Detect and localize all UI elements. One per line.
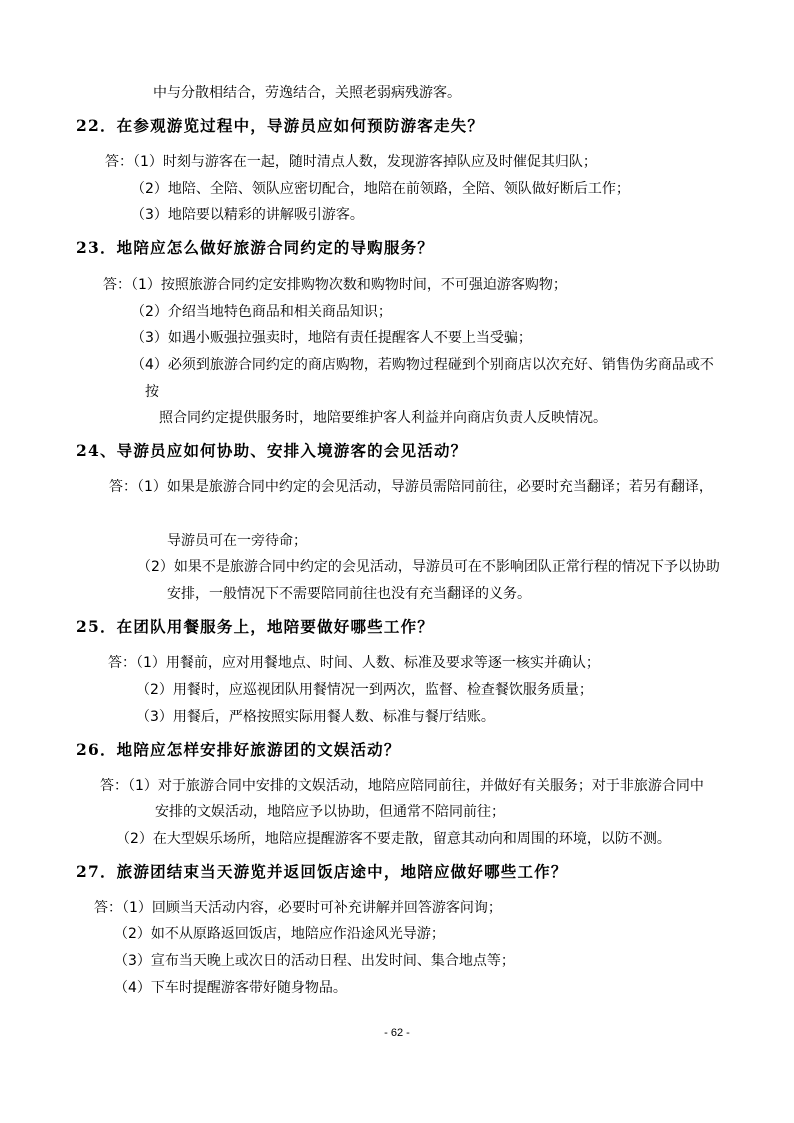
answer-25-line-2: （2）用餐时，应巡视团队用餐情况一到两次，监督、检查餐饮服务质量； xyxy=(136,681,593,699)
answer-22-line-2: （2）地陪、全陪、领队应密切配合，地陪在前领路，全陪、领队做好断后工作； xyxy=(131,180,630,198)
question-22-heading: 22．在参观游览过程中，导游员应如何预防游客走失？ xyxy=(76,116,484,136)
answer-24-line-1: 答：（1）如果是旅游合同中约定的会见活动，导游员需陪同前往，必要时充当翻译；若另… xyxy=(109,478,713,496)
answer-26-line-3: （2）在大型娱乐场所，地陪应提醒游客不要走散，留意其动向和周围的环境，以防不测。 xyxy=(116,830,671,848)
answer-25-line-3: （3）用餐后，严格按照实际用餐人数、标准与餐厅结账。 xyxy=(136,708,495,726)
answer-23-line-4: （4）必须到旅游合同约定的商店购物，若购物过程碰到个别商店以次充好、销售伪劣商品… xyxy=(131,356,714,374)
answer-26-line-1: 答：（1）对于旅游合同中安排的文娱活动，地陪应陪同前往，并做好有关服务；对于非旅… xyxy=(100,777,704,795)
question-23-heading: 23．地陪应怎么做好旅游合同约定的导购服务？ xyxy=(76,238,434,258)
continuation-text: 中与分散相结合，劳逸结合，关照老弱病残游客。 xyxy=(153,84,461,102)
answer-23-line-3: （3）如遇小贩强拉强卖时，地陪有责任提醒客人不要上当受骗； xyxy=(131,329,532,347)
question-26-heading: 26．地陪应怎样安排好旅游团的文娱活动？ xyxy=(76,740,401,760)
answer-23-line-1: 答：（1）按照旅游合同约定安排购物次数和购物时间，不可强迫游客购物； xyxy=(103,276,567,294)
answer-24-line-2: 导游员可在一旁待命； xyxy=(167,532,307,550)
answer-27-line-1: 答：（1）回顾当天活动内容，必要时可补充讲解并回答游客问询； xyxy=(94,899,502,917)
answer-22-line-3: （3）地陪要以精彩的讲解吸引游客。 xyxy=(131,206,364,224)
answer-23-line-5: 按 xyxy=(145,383,159,401)
answer-23-line-2: （2）介绍当地特色商品和相关商品知识； xyxy=(131,303,392,321)
question-24-heading: 24、导游员应如何协助、安排入境游客的会见活动？ xyxy=(76,441,467,461)
answer-27-line-2: （2）如不从原路返回饭店，地陪应作沿途风光导游； xyxy=(114,925,445,943)
question-25-heading: 25．在团队用餐服务上，地陪要做好哪些工作？ xyxy=(76,617,434,637)
answer-24-line-3: （2）如果不是旅游合同中约定的会见活动，导游员可在不影响团队正常行程的情况下予以… xyxy=(137,558,720,576)
answer-22-line-1: 答：（1）时刻与游客在一起，随时清点人数，发现游客掉队应及时催促其归队； xyxy=(105,153,597,171)
answer-27-line-4: （4）下车时提醒游客带好随身物品。 xyxy=(114,979,347,997)
answer-25-line-1: 答：（1）用餐前，应对用餐地点、时间、人数、标准及要求等逐一核实并确认； xyxy=(108,654,600,672)
answer-27-line-3: （3）宣布当天晚上或次日的活动日程、出发时间、集合地点等； xyxy=(114,952,515,970)
page-number: - 62 - xyxy=(0,1026,794,1040)
answer-23-line-6: 照合同约定提供服务时，地陪要维护客人利益并向商店负责人反映情况。 xyxy=(159,409,607,427)
answer-26-line-2: 安排的文娱活动，地陪应予以协助，但通常不陪同前往； xyxy=(155,803,505,821)
answer-24-line-4: 安排，一般情况下不需要陪同前往也没有充当翻译的义务。 xyxy=(167,585,531,603)
question-27-heading: 27．旅游团结束当天游览并返回饭店途中，地陪应做好哪些工作？ xyxy=(76,862,568,882)
